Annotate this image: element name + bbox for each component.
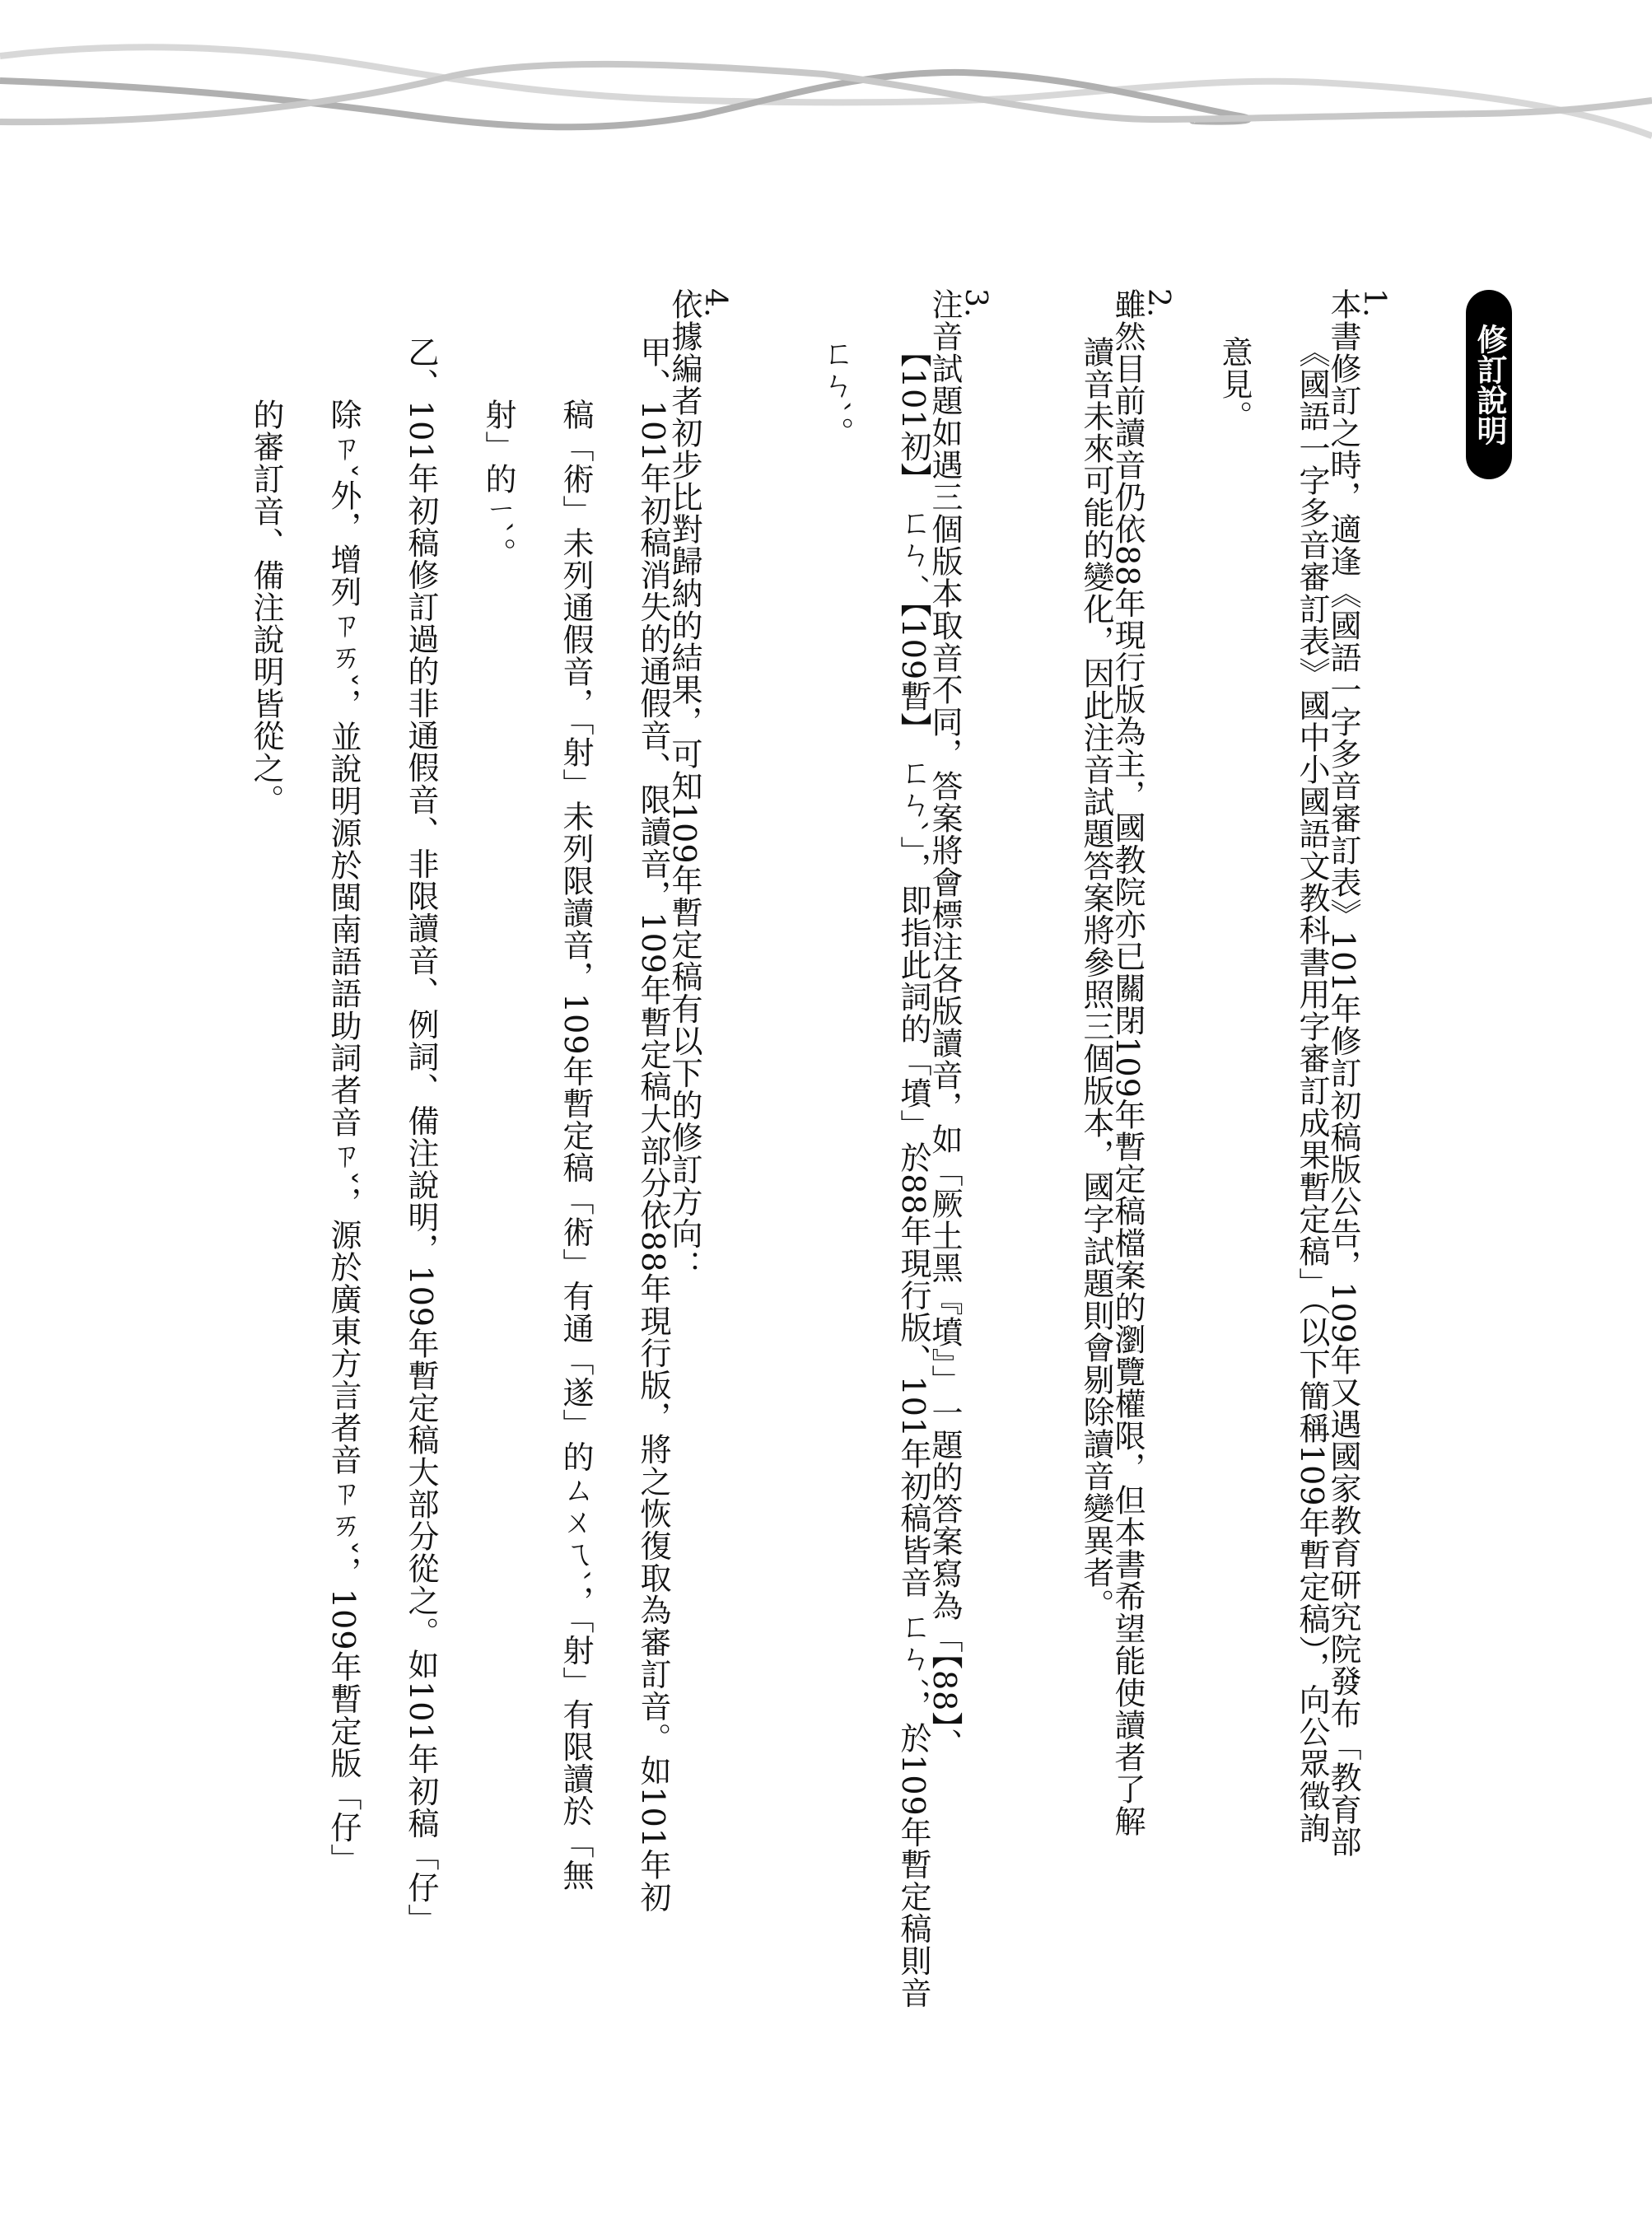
note-text: 本書修訂之時，適逢《國語一字多音審訂表》101年修訂初稿版公告，109年又遇國家… — [1325, 288, 1361, 1858]
note-line: 1.本書修訂之時，適逢《國語一字多音審訂表》101年修訂初稿版公告，109年又遇… — [1328, 288, 1388, 2199]
note-line: 射」的ㄧˋ。 — [483, 288, 514, 2199]
revision-notes-body: 1.本書修訂之時，適逢《國語一字多音審訂表》101年修訂初稿版公告，109年又遇… — [160, 288, 1388, 2199]
note-line: 除ㄗˇ外，增列ㄗㄞˇ，並說明源於閩南語語助詞者音ㄗˇ，源於廣東方言者音ㄗㄞˇ，1… — [328, 288, 359, 2199]
section-title-badge: 修訂說明 — [1466, 290, 1512, 479]
note-item-2: 2.雖然目前讀音仍依88年現行版為主，國教院亦已關閉109年暫定稿檔案的瀏覽權限… — [1080, 288, 1173, 2199]
note-line: 3.注音試題如遇三個版本取音不同，答案將會標注各版讀音，如「厥土黑『墳』」一題的… — [929, 288, 990, 2199]
item-number: 2. — [1143, 288, 1173, 2181]
note-text: 101年初稿修訂過的非通假音、非限讀音、例詞、備注說明，109年暫定稿大部分從之… — [403, 400, 439, 1936]
note-item-3: 3.注音試題如遇三個版本取音不同，答案將會標注各版讀音，如「厥土黑『墳』」一題的… — [820, 288, 990, 2199]
note-item-4: 4.依據編者初步比對歸納的結果，可知109年暫定稿有以下的修訂方向： 甲、101… — [250, 288, 730, 2199]
subitem-jia-line: 甲、101年初稿消失的通假音、限讀音，109年暫定稿大部分依88年現行版，將之恢… — [637, 288, 669, 2199]
note-line: 意見。 — [1219, 288, 1250, 2199]
subitem-label: 甲、 — [635, 336, 671, 400]
note-text: 101年初稿消失的通假音、限讀音，109年暫定稿大部分依88年現行版，將之恢復取… — [635, 400, 671, 1913]
item-number: 3. — [960, 288, 990, 2181]
note-line: 2.雖然目前讀音仍依88年現行版為主，國教院亦已關閉109年暫定稿檔案的瀏覽權限… — [1112, 288, 1173, 2199]
note-line: 讀音未來可能的變化，因此注音試題答案將參照三個版本，國字試題則會剔除讀音變異者。 — [1080, 288, 1112, 2199]
subitem-label: 乙、 — [403, 336, 439, 400]
note-text: 雖然目前讀音仍依88年現行版為主，國教院亦已關閉109年暫定稿檔案的瀏覽權限，但… — [1109, 288, 1146, 1837]
note-text: 依據編者初步比對歸納的結果，可知109年暫定稿有以下的修訂方向： — [666, 288, 702, 1282]
note-item-1: 1.本書修訂之時，適逢《國語一字多音審訂表》101年修訂初稿版公告，109年又遇… — [1219, 288, 1388, 2199]
note-line: 稿「術」未列通假音，「射」未列限讀音，109年暫定稿「術」有通「遂」的ㄙㄨㄟˋ，… — [560, 288, 591, 2199]
note-line: 4.依據編者初步比對歸納的結果，可知109年暫定稿有以下的修訂方向： — [669, 288, 730, 2199]
note-line: 《國語一字多音審訂表》國中小國語文教科書用字審訂成果暫定稿」（以下簡稱109年暫… — [1296, 288, 1328, 2199]
subitem-yi-line: 乙、101年初稿修訂過的非通假音、非限讀音、例詞、備注說明，109年暫定稿大部分… — [405, 288, 436, 2199]
decorative-wave-header — [0, 0, 1652, 165]
note-line: 的審訂音、備注說明皆從之。 — [250, 288, 282, 2199]
note-line: ㄈㄣˋ。 — [820, 288, 852, 2199]
section-title: 修訂說明 — [1467, 324, 1511, 446]
note-text: 注音試題如遇三個版本取音不同，答案將會標注各版讀音，如「厥土黑『墳』」一題的答案… — [926, 288, 963, 1760]
item-number: 1. — [1359, 288, 1388, 2181]
note-line: 【101初】 ㄈㄣˊ【109暫】 ㄈㄣˋ」，即指此詞的「墳」於88年現行版、10… — [898, 288, 929, 2199]
item-number: 4. — [700, 288, 730, 2181]
